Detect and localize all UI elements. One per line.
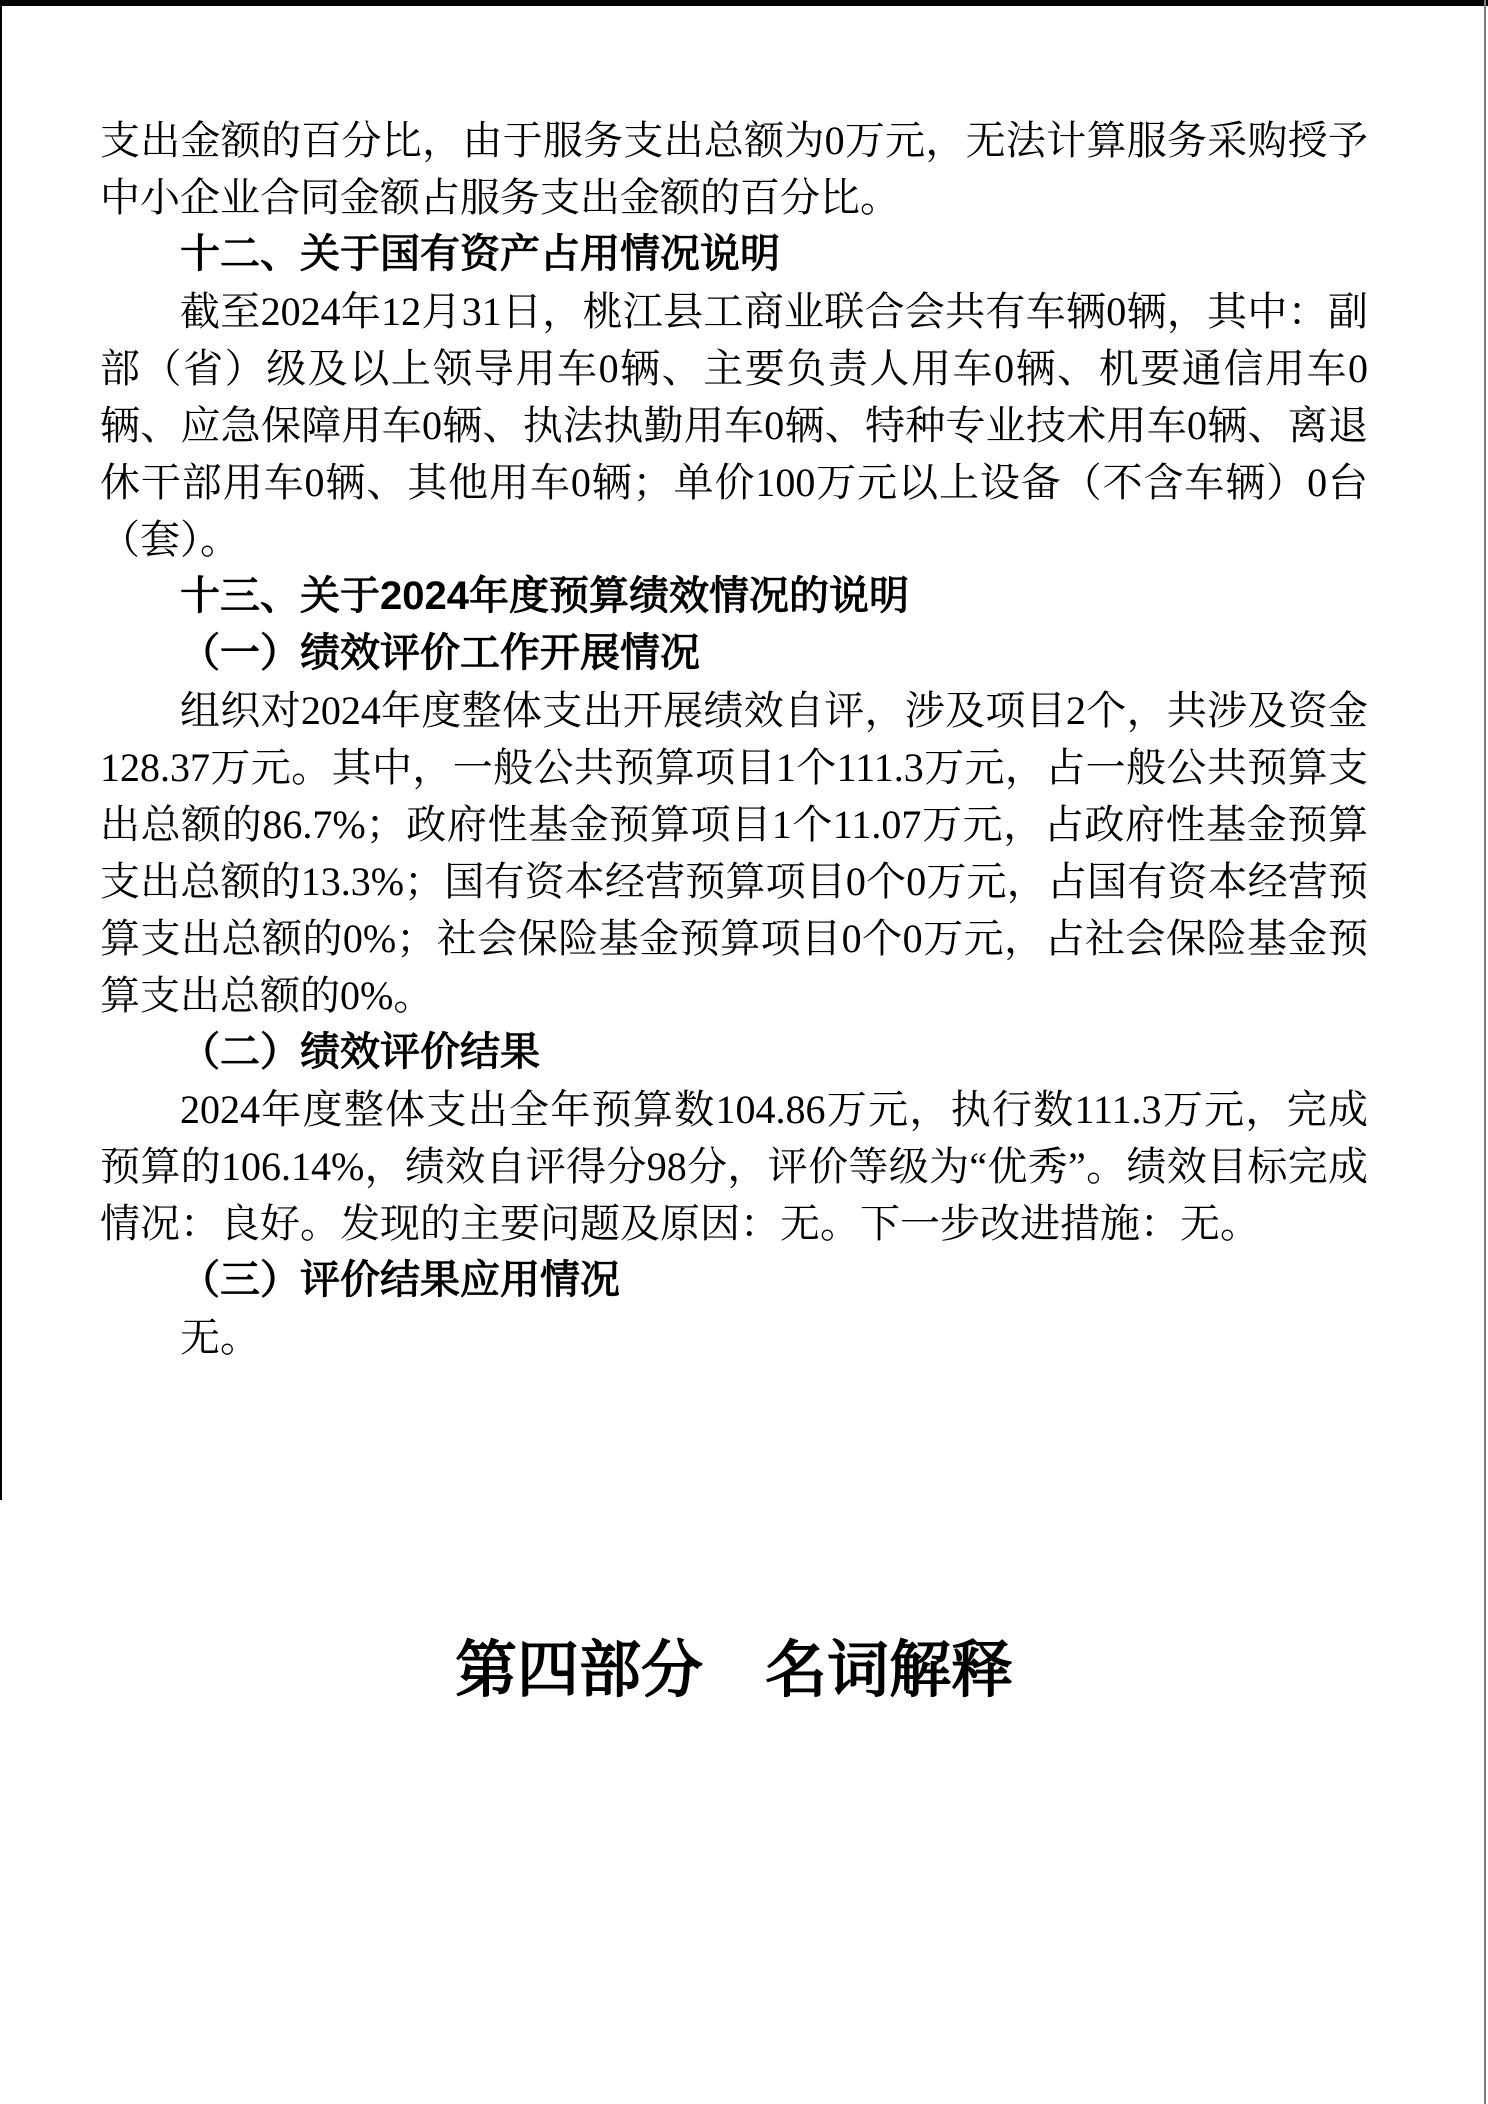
paragraph: 无。 [100, 1309, 1368, 1366]
page-top-border [0, 0, 1488, 6]
paragraph: 组织对2024年度整体支出开展绩效自评，涉及项目2个，共涉及资金128.37万元… [100, 682, 1368, 1024]
section-heading: （二）绩效评价结果 [100, 1024, 1368, 1081]
document-page: 支出金额的百分比，由于服务支出总额为0万元，无法计算服务采购授予中小企业合同金额… [0, 0, 1488, 2104]
paragraph: 2024年度整体支出全年预算数104.86万元，执行数111.3万元，完成预算的… [100, 1081, 1368, 1252]
paragraph: 支出金额的百分比，由于服务支出总额为0万元，无法计算服务采购授予中小企业合同金额… [100, 112, 1368, 226]
part-title: 第四部分 名词解释 [100, 1631, 1368, 1711]
section-heading: 十三、关于2024年度预算绩效情况的说明 [100, 568, 1368, 625]
paragraph: 截至2024年12月31日，桃江县工商业联合会共有车辆0辆，其中：副部（省）级及… [100, 283, 1368, 568]
section-heading: 十二、关于国有资产占用情况说明 [100, 226, 1368, 283]
page-right-border [1484, 0, 1486, 2104]
document-body: 支出金额的百分比，由于服务支出总额为0万元，无法计算服务采购授予中小企业合同金额… [100, 112, 1368, 1366]
section-heading: （一）绩效评价工作开展情况 [100, 625, 1368, 682]
document-content: 支出金额的百分比，由于服务支出总额为0万元，无法计算服务采购授予中小企业合同金额… [100, 112, 1368, 1711]
page-left-border [0, 0, 2, 1500]
section-heading: （三）评价结果应用情况 [100, 1252, 1368, 1309]
